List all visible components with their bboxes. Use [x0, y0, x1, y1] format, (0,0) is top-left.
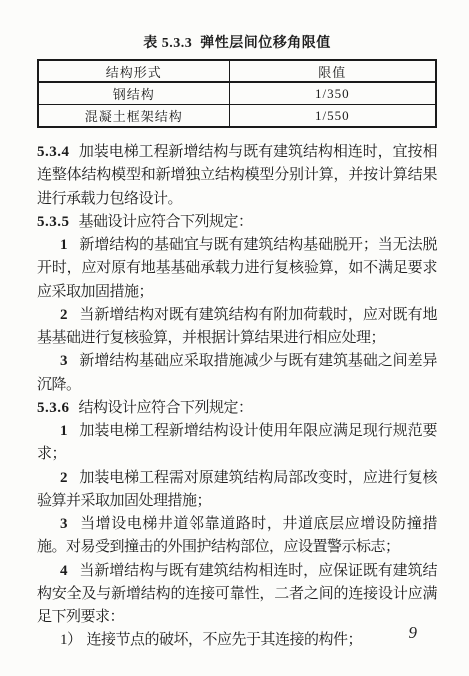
clause-number: 5.3.6: [37, 400, 70, 416]
cell-limit-steel: 1/350: [229, 82, 436, 105]
item-text: 加装电梯工程需对原建筑结构局部改变时，应进行复核验算并采取加固处理措施；: [37, 470, 437, 509]
table-row-concrete-frame: 混凝土框架结构 1/550: [38, 105, 436, 128]
clause-5-3-6: 5.3.6结构设计应符合下列规定：: [37, 397, 437, 420]
subitem-number: 1）: [60, 632, 82, 648]
table-header-structure-type: 结构形式: [38, 60, 229, 82]
item-number: 1: [60, 423, 67, 439]
cell-structure-concrete-frame: 混凝土框架结构: [38, 105, 229, 128]
item-text: 加装电梯工程新增结构设计使用年限应满足现行规范要求；: [37, 423, 437, 462]
table-header-row: 结构形式 限值: [38, 60, 436, 82]
item-number: 2: [60, 470, 67, 486]
clause-5-3-5: 5.3.5基础设计应符合下列规定：: [37, 211, 437, 234]
table-row-steel: 钢结构 1/350: [38, 82, 436, 105]
clause-text: 结构设计应符合下列规定：: [79, 400, 253, 416]
clause-number: 5.3.5: [37, 214, 70, 230]
item-text: 新增结构基础应采取措施减少与既有建筑基础之间差异沉降。: [37, 353, 437, 392]
item-text: 当增设电梯井道邻靠道路时，井道底层应增设防撞措施。对易受到撞击的外围护结构部位，…: [37, 516, 437, 555]
clause-5-3-6-item-4: 4当新增结构与既有建筑结构相连时，应保证既有建筑结构安全及与新增结构的连接可靠性…: [37, 560, 437, 630]
item-number: 3: [60, 516, 67, 532]
item-text: 当新增结构对既有建筑结构有附加荷载时，应对既有地基基础进行复核验算，并根据计算结…: [37, 307, 437, 346]
item-text: 新增结构的基础宜与既有建筑结构基础脱开；当无法脱开时，应对原有地基基础承载力进行…: [37, 237, 437, 300]
item-number: 4: [60, 563, 67, 579]
drift-limit-table: 结构形式 限值 钢结构 1/350 混凝土框架结构 1/550: [37, 59, 437, 128]
item-number: 2: [60, 307, 67, 323]
page-number: 9: [409, 623, 418, 643]
clause-5-3-5-item-1: 1新增结构的基础宜与既有建筑结构基础脱开；当无法脱开时，应对原有地基基础承载力进…: [37, 234, 437, 304]
clause-5-3-6-item-1: 1加装电梯工程新增结构设计使用年限应满足现行规范要求；: [37, 420, 437, 467]
document-page: 表 5.3.3 弹性层间位移角限值 结构形式 限值 钢结构 1/350 混凝土框…: [0, 0, 469, 676]
cell-limit-concrete-frame: 1/550: [229, 105, 436, 128]
clause-5-3-5-item-2: 2当新增结构对既有建筑结构有附加荷载时，应对既有地基基础进行复核验算，并根据计算…: [37, 304, 437, 351]
clause-5-3-6-item-2: 2加装电梯工程需对原建筑结构局部改变时，应进行复核验算并采取加固处理措施；: [37, 467, 437, 514]
clause-5-3-6-item-4-subitem-1: 1）连接节点的破坏，不应先于其连接的构件；: [37, 629, 437, 652]
table-title: 表 5.3.3 弹性层间位移角限值: [37, 36, 437, 52]
clause-5-3-4: 5.3.4加装电梯工程新增结构与既有建筑结构相连时，宜按相连整体结构模型和新增独…: [37, 141, 437, 211]
item-text: 当新增结构与既有建筑结构相连时，应保证既有建筑结构安全及与新增结构的连接可靠性，…: [37, 563, 437, 626]
item-number: 1: [60, 237, 67, 253]
item-number: 3: [60, 353, 67, 369]
clause-text: 加装电梯工程新增结构与既有建筑结构相连时，宜按相连整体结构模型和新增独立结构模型…: [37, 144, 437, 207]
clause-number: 5.3.4: [37, 144, 70, 160]
clause-5-3-6-item-3: 3当增设电梯井道邻靠道路时，井道底层应增设防撞措施。对易受到撞击的外围护结构部位…: [37, 513, 437, 560]
clause-text: 基础设计应符合下列规定：: [79, 214, 253, 230]
body-text: 5.3.4加装电梯工程新增结构与既有建筑结构相连时，宜按相连整体结构模型和新增独…: [37, 141, 437, 653]
clause-5-3-5-item-3: 3新增结构基础应采取措施减少与既有建筑基础之间差异沉降。: [37, 350, 437, 397]
table-header-limit-value: 限值: [229, 60, 436, 82]
subitem-text: 连接节点的破坏，不应先于其连接的构件；: [87, 632, 363, 648]
cell-structure-steel: 钢结构: [38, 82, 229, 105]
